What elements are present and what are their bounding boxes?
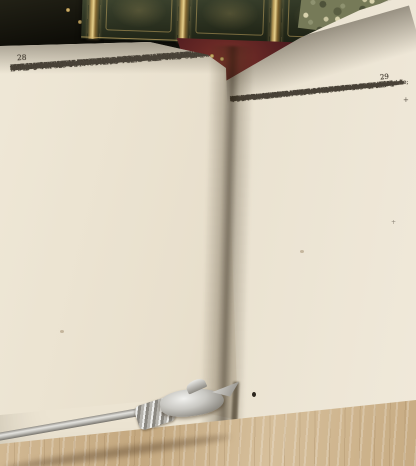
silver-page-turner: [0, 0, 416, 466]
page-turner-shadow: [2, 432, 231, 466]
dust-speck: [252, 392, 256, 397]
photo-open-antique-book: 29 sempre una bruttura che li ritarmenti…: [0, 0, 416, 466]
